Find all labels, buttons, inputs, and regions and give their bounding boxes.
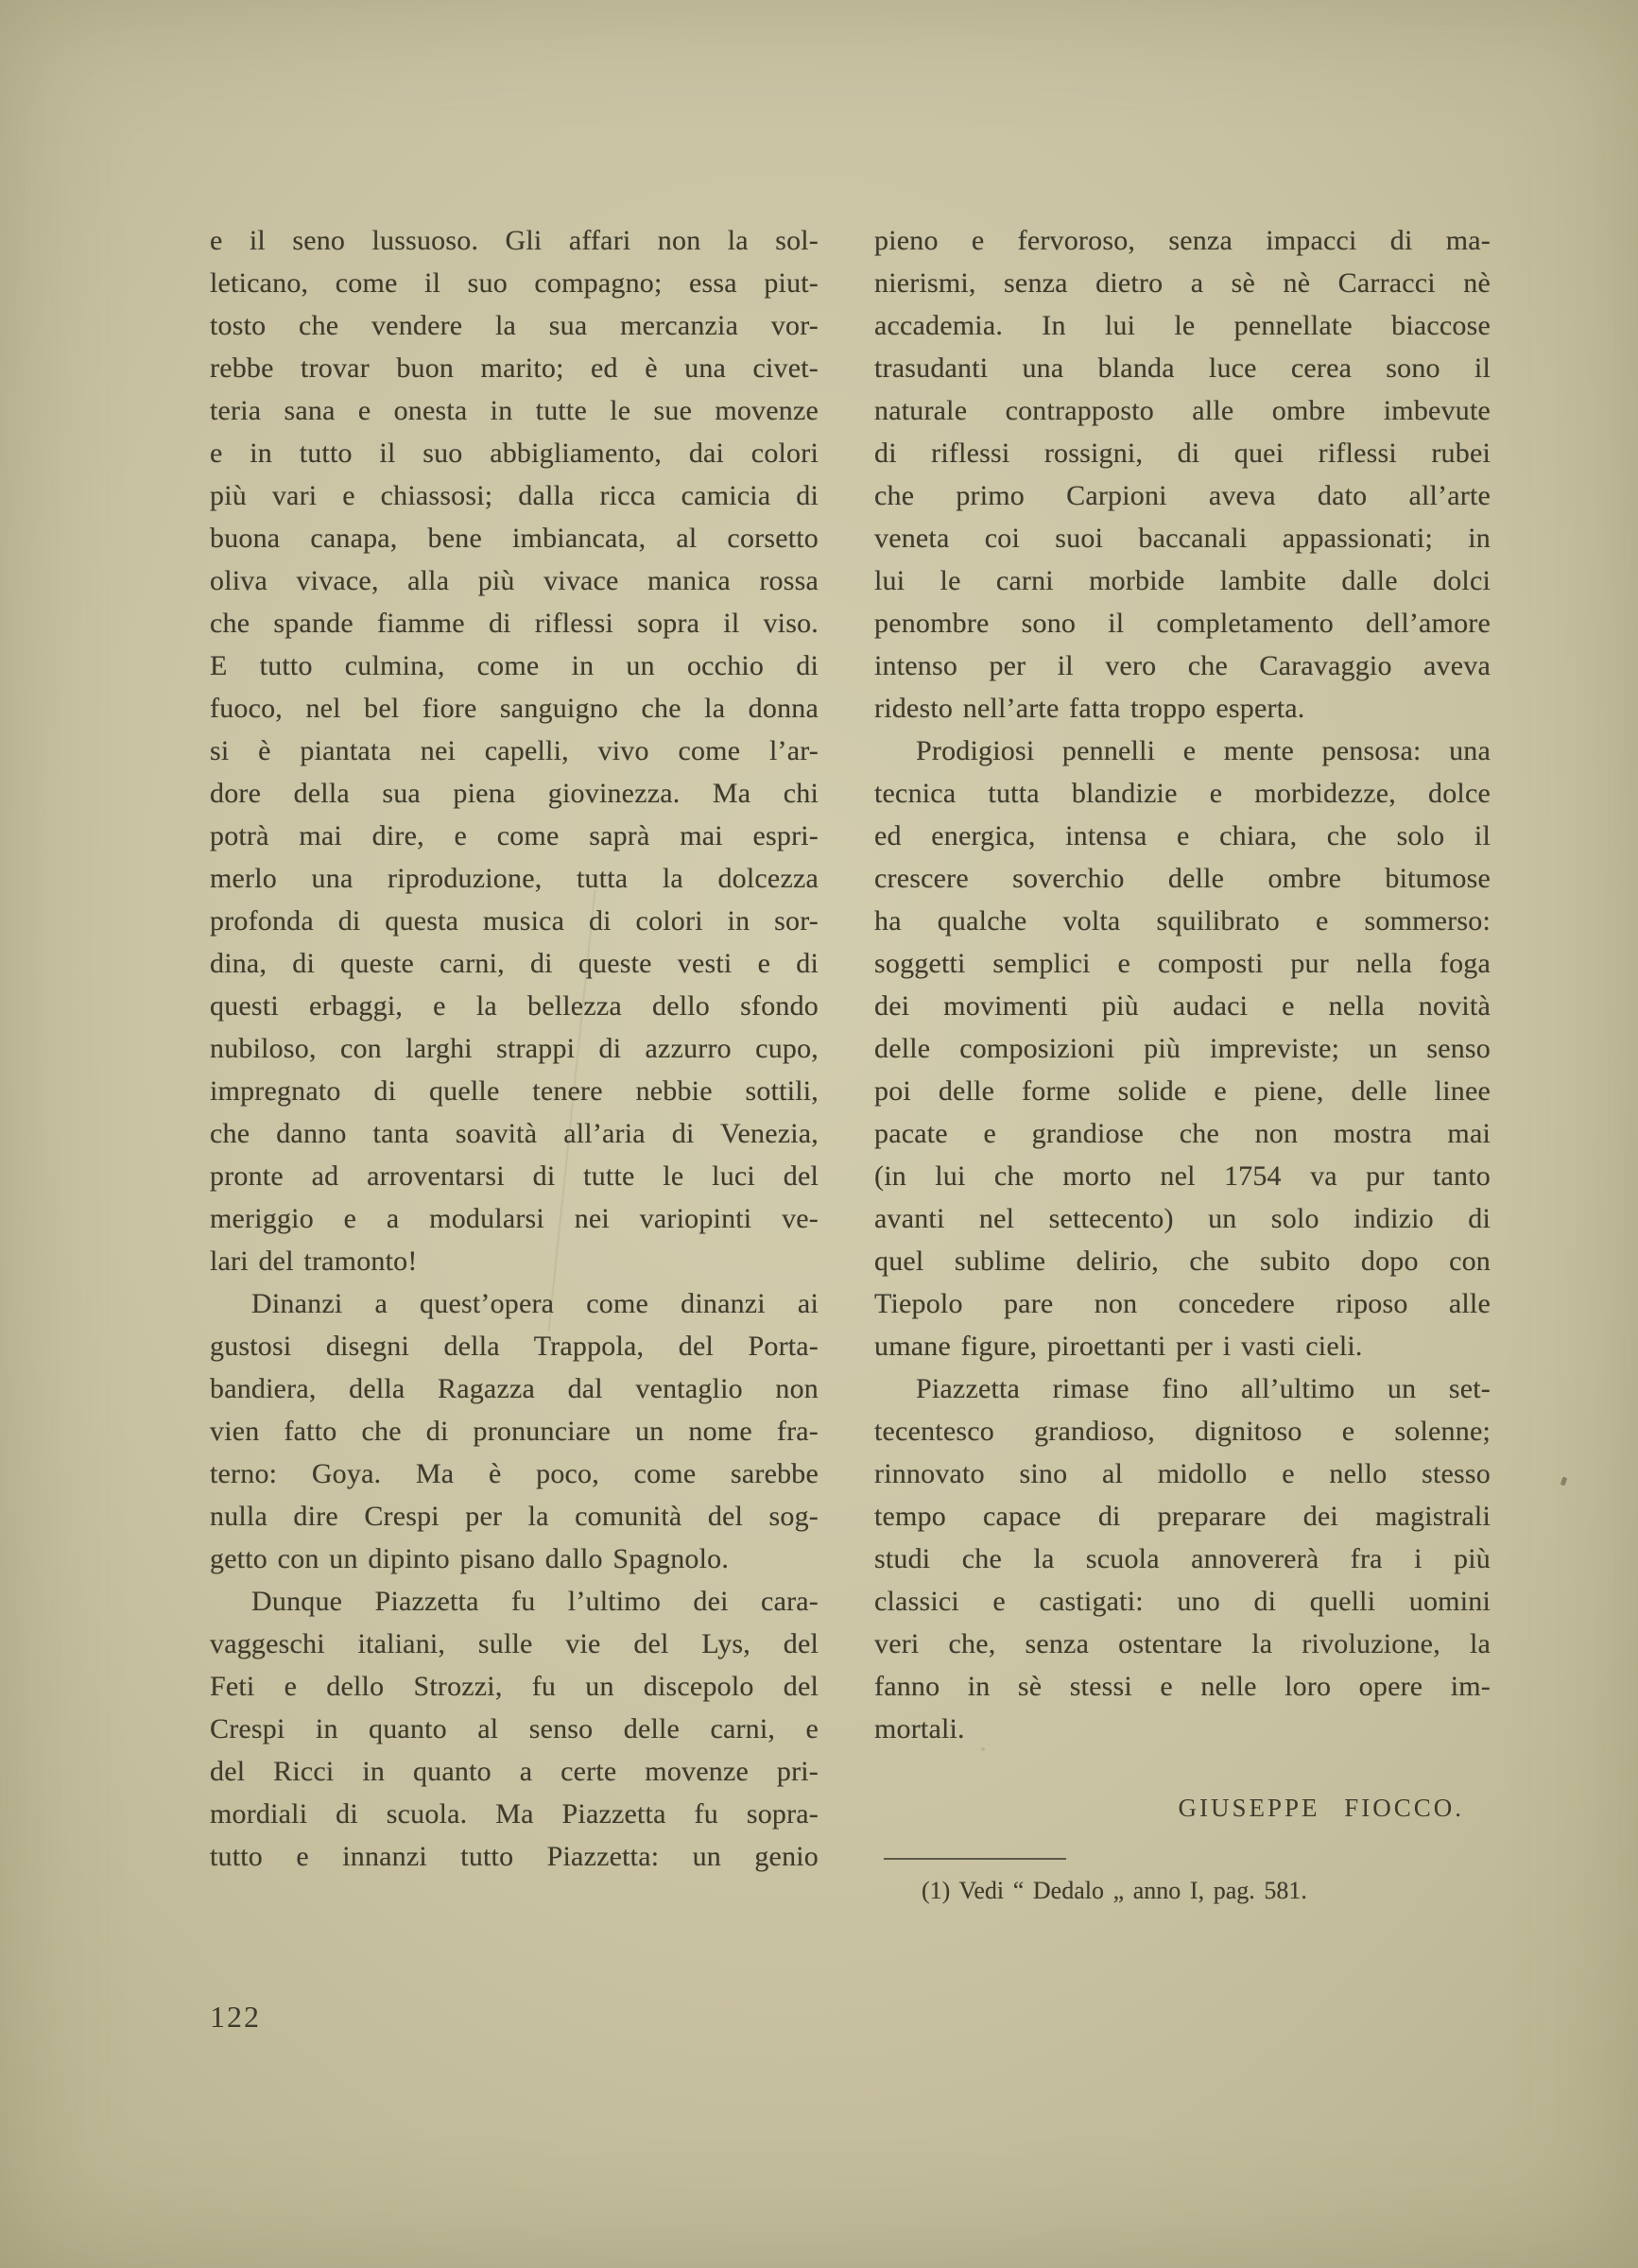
text-line: ed energica, intensa e chiara, che solo … [874, 815, 1491, 857]
page-number: 122 [210, 2000, 261, 2035]
author-signature: GIUSEPPE FIOCCO. [874, 1792, 1491, 1824]
text-line: fuoco, nel bel fiore sanguigno che la do… [210, 687, 819, 730]
text-line: nubiloso, con larghi strappi di azzurro … [210, 1027, 819, 1070]
text-line: penombre sono il completamento dell’amor… [874, 602, 1491, 644]
text-line: nulla dire Crespi per la comunità del so… [210, 1495, 819, 1538]
text-line: Tiepolo pare non concedere riposo alle [874, 1282, 1491, 1325]
text-line: accademia. In lui le pennellate biaccose [874, 304, 1491, 347]
text-line: impregnato di quelle tenere nebbie sotti… [210, 1070, 819, 1112]
text-line: pronte ad arroventarsi di tutte le luci … [210, 1155, 819, 1197]
text-line: intenso per il vero che Caravaggio aveva [874, 644, 1491, 687]
text-line: potrà mai dire, e come saprà mai espri- [210, 815, 819, 857]
text-line: ha qualche volta squilibrato e sommerso: [874, 900, 1491, 942]
text-line: tecnica tutta blandizie e morbidezze, do… [874, 772, 1491, 815]
text-line: si è piantata nei capelli, vivo come l’a… [210, 730, 819, 772]
text-line: classici e castigati: uno di quelli uomi… [874, 1580, 1491, 1623]
text-line: teria sana e onesta in tutte le sue move… [210, 389, 819, 432]
text-line: di riflessi rossigni, di quei riflessi r… [874, 432, 1491, 474]
text-line: mordiali di scuola. Ma Piazzetta fu sopr… [210, 1793, 819, 1835]
text-line: trasudanti una blanda luce cerea sono il [874, 347, 1491, 389]
text-line: nierismi, senza dietro a sè nè Carracci … [874, 262, 1491, 304]
text-line: mortali. [874, 1708, 1491, 1750]
text-line: lui le carni morbide lambite dalle dolci [874, 559, 1491, 602]
text-line: fanno in sè stessi e nelle loro opere im… [874, 1665, 1491, 1708]
text-line: leticano, come il suo compagno; essa piu… [210, 262, 819, 304]
text-line: Dunque Piazzetta fu l’ultimo dei cara- [210, 1580, 819, 1623]
text-line: oliva vivace, alla più vivace manica ros… [210, 559, 819, 602]
text-line: vien fatto che di pronunciare un nome fr… [210, 1410, 819, 1452]
paper-speck [1560, 1476, 1568, 1486]
text-line: ridesto nell’arte fatta troppo esperta. [874, 687, 1491, 730]
text-line: rinnovato sino al midollo e nello stesso [874, 1452, 1491, 1495]
text-line: rebbe trovar buon marito; ed è una civet… [210, 347, 819, 389]
text-line: merlo una riproduzione, tutta la dolcezz… [210, 857, 819, 900]
text-line: soggetti semplici e composti pur nella f… [874, 942, 1491, 985]
text-line: Prodigiosi pennelli e mente pensosa: una [874, 730, 1491, 772]
text-line: che danno tanta soavità all’aria di Vene… [210, 1112, 819, 1155]
text-line: Crespi in quanto al senso delle carni, e [210, 1708, 819, 1750]
text-line: pacate e grandiose che non mostra mai [874, 1112, 1491, 1155]
text-line: lari del tramonto! [210, 1240, 819, 1282]
text-line: del Ricci in quanto a certe movenze pri- [210, 1750, 819, 1793]
text-line: poi delle forme solide e piene, delle li… [874, 1070, 1491, 1112]
text-line: bandiera, della Ragazza dal ventaglio no… [210, 1367, 819, 1410]
text-line: e in tutto il suo abbigliamento, dai col… [210, 432, 819, 474]
text-line: buona canapa, bene imbiancata, al corset… [210, 517, 819, 559]
text-line: questi erbaggi, e la bellezza dello sfon… [210, 985, 819, 1027]
text-line: tecentesco grandioso, dignitoso e solenn… [874, 1410, 1491, 1452]
text-line: veri che, senza ostentare la rivoluzione… [874, 1623, 1491, 1665]
text-line: dei movimenti più audaci e nella novità [874, 985, 1491, 1027]
text-line: tosto che vendere la sua mercanzia vor- [210, 304, 819, 347]
text-line: umane figure, piroettanti per i vasti ci… [874, 1325, 1491, 1367]
text-line: Dinanzi a quest’opera come dinanzi ai [210, 1282, 819, 1325]
text-line: crescere soverchio delle ombre bitumose [874, 857, 1491, 900]
footnote-rule [884, 1858, 1066, 1860]
text-line: terno: Goya. Ma è poco, come sarebbe [210, 1452, 819, 1495]
text-line: Feti e dello Strozzi, fu un discepolo de… [210, 1665, 819, 1708]
text-line: tempo capace di preparare dei magistrali [874, 1495, 1491, 1538]
paper-speck [981, 1747, 985, 1751]
text-line: dina, di queste carni, di queste vesti e… [210, 942, 819, 985]
text-line: che primo Carpioni aveva dato all’arte [874, 474, 1491, 517]
text-line: quel sublime delirio, che subito dopo co… [874, 1240, 1491, 1282]
text-line: profonda di questa musica di colori in s… [210, 900, 819, 942]
text-line: meriggio e a modularsi nei variopinti ve… [210, 1197, 819, 1240]
text-line: più vari e chiassosi; dalla ricca camici… [210, 474, 819, 517]
book-page: e il seno lussuoso. Gli affari non la so… [0, 0, 1638, 2268]
paper-speck [226, 1264, 232, 1270]
text-line: avanti nel settecento) un solo indizio d… [874, 1197, 1491, 1240]
text-line: vaggeschi italiani, sulle vie del Lys, d… [210, 1623, 819, 1665]
text-line: pieno e fervoroso, senza impacci di ma- [874, 219, 1491, 262]
right-column-lines: pieno e fervoroso, senza impacci di ma-n… [874, 219, 1491, 1750]
text-line: getto con un dipinto pisano dallo Spagno… [210, 1538, 819, 1580]
text-line: dore della sua piena giovinezza. Ma chi [210, 772, 819, 815]
text-line: che spande fiamme di riflessi sopra il v… [210, 602, 819, 644]
text-line: tutto e innanzi tutto Piazzetta: un geni… [210, 1835, 819, 1878]
left-text-column: e il seno lussuoso. Gli affari non la so… [210, 219, 819, 1878]
text-line: Piazzetta rimase fino all’ultimo un set- [874, 1367, 1491, 1410]
text-line: studi che la scuola annovererà fra i più [874, 1538, 1491, 1580]
text-line: E tutto culmina, come in un occhio di [210, 644, 819, 687]
text-line: e il seno lussuoso. Gli affari non la so… [210, 219, 819, 262]
text-line: delle composizioni più impreviste; un se… [874, 1027, 1491, 1070]
text-line: gustosi disegni della Trappola, del Port… [210, 1325, 819, 1367]
text-line: naturale contrapposto alle ombre imbevut… [874, 389, 1491, 432]
text-line: veneta coi suoi baccanali appassionati; … [874, 517, 1491, 559]
footnote-text: (1) Vedi “ Dedalo „ anno I, pag. 581. [874, 1875, 1491, 1907]
text-line: (in lui che morto nel 1754 va pur tanto [874, 1155, 1491, 1197]
right-text-column: pieno e fervoroso, senza impacci di ma-n… [874, 219, 1491, 1907]
